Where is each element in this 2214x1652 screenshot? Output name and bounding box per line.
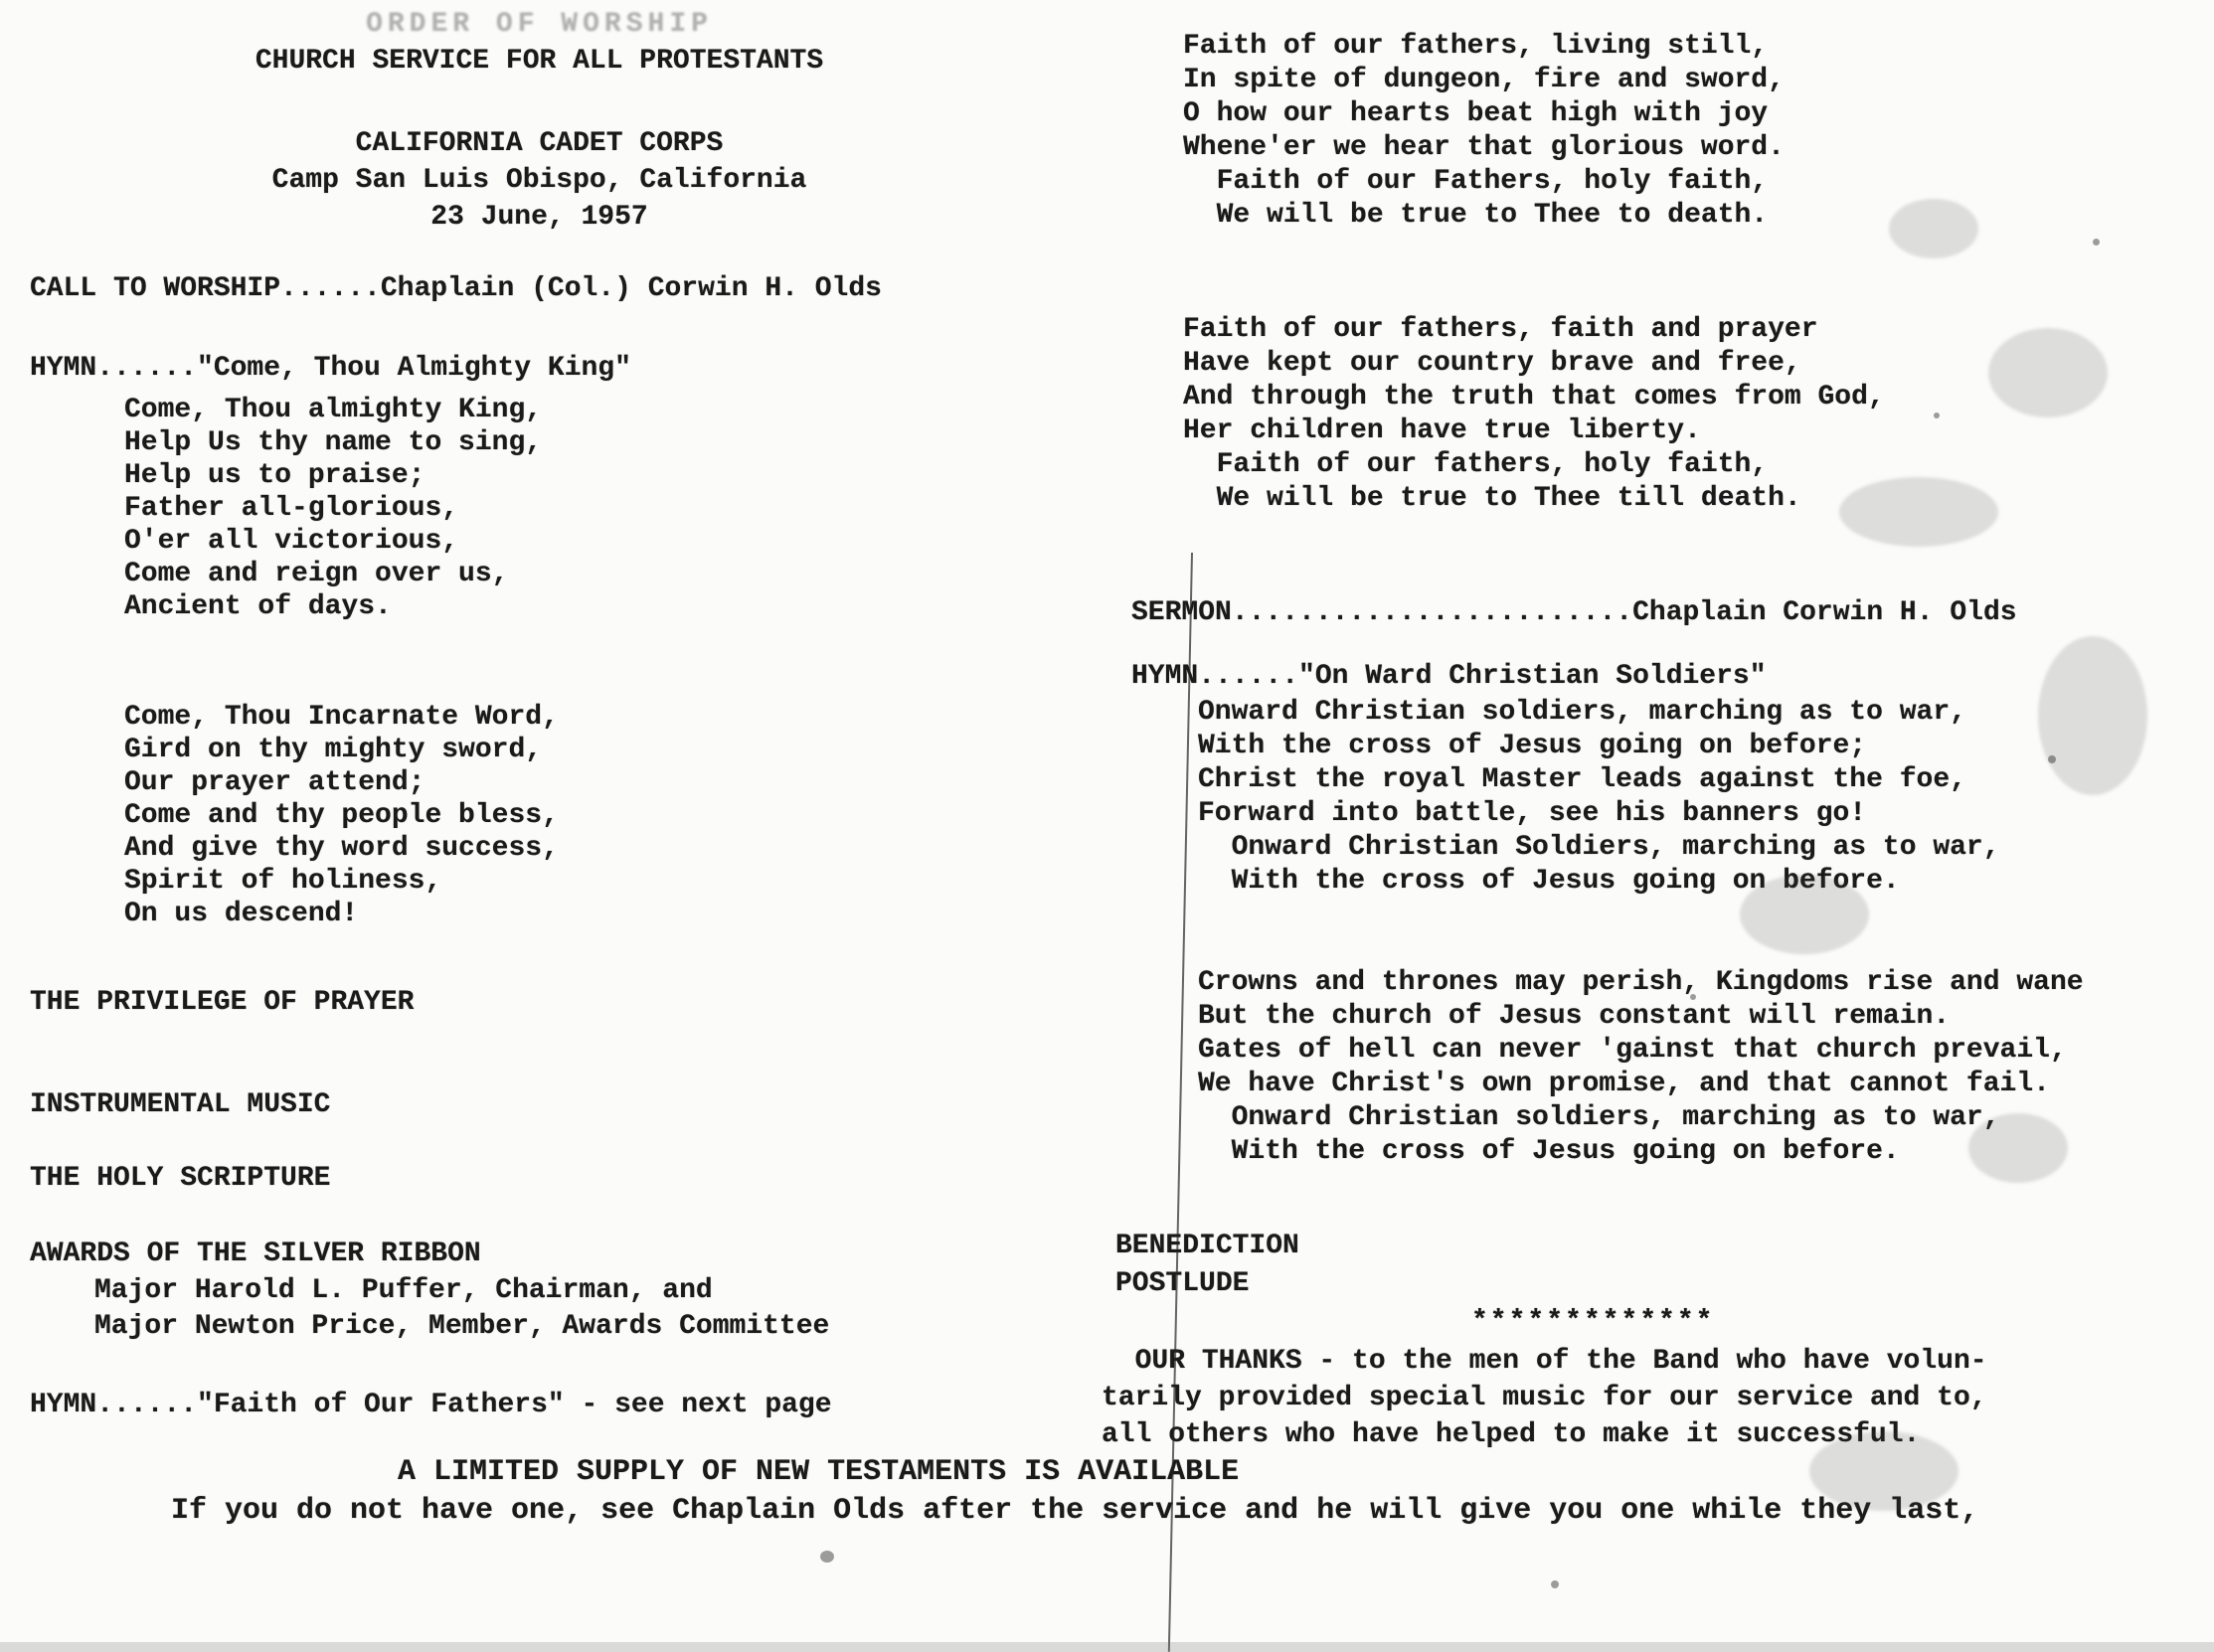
ink-smudge bbox=[1809, 1431, 1959, 1511]
asterisk-divider: ************* bbox=[1471, 1305, 2214, 1339]
awards-heading: AWARDS OF THE SILVER RIBBON bbox=[30, 1236, 1108, 1273]
holy-scripture-heading: THE HOLY SCRIPTURE bbox=[30, 1160, 1108, 1198]
hymn2-title: HYMN......"Faith of Our Fathers" - see n… bbox=[30, 1387, 1108, 1424]
hymn1-verse1: Come, Thou almighty King, Help Us thy na… bbox=[124, 394, 1108, 623]
hymn1-title: HYMN......"Come, Thou Almighty King" bbox=[30, 350, 1108, 388]
ink-smudge bbox=[1839, 477, 1998, 547]
awards-committee-lines: Major Harold L. Puffer, Chairman, and Ma… bbox=[94, 1273, 1108, 1345]
scan-bottom-edge bbox=[0, 1642, 2214, 1652]
hymn1-verse2: Come, Thou Incarnate Word, Gird on thy m… bbox=[124, 701, 1108, 930]
service-title: CHURCH SERVICE FOR ALL PROTESTANTS bbox=[15, 43, 1064, 80]
privilege-of-prayer-heading: THE PRIVILEGE OF PRAYER bbox=[30, 984, 1108, 1022]
ink-speck bbox=[2093, 239, 2100, 246]
organization-name: CALIFORNIA CADET CORPS bbox=[15, 125, 1064, 162]
ink-speck bbox=[1690, 994, 1696, 1000]
org-block: CALIFORNIA CADET CORPS Camp San Luis Obi… bbox=[15, 125, 1064, 236]
ink-smudge bbox=[2038, 636, 2147, 795]
ink-speck bbox=[1551, 1580, 1559, 1588]
date-line: 23 June, 1957 bbox=[15, 199, 1064, 236]
scanned-church-program-page: ORDER OF WORSHIP CHURCH SERVICE FOR ALL … bbox=[0, 0, 2214, 1652]
left-column: CALL TO WORSHIP......Chaplain (Col.) Cor… bbox=[30, 270, 1108, 1424]
program-header: ORDER OF WORSHIP CHURCH SERVICE FOR ALL … bbox=[15, 6, 1064, 236]
postlude-heading: POSTLUDE bbox=[1115, 1265, 2214, 1303]
ink-speck bbox=[2048, 755, 2056, 763]
ink-smudge bbox=[1988, 328, 2108, 417]
ink-speck bbox=[1934, 413, 1940, 418]
call-to-worship-line: CALL TO WORSHIP......Chaplain (Col.) Cor… bbox=[30, 270, 1108, 308]
ink-smudge bbox=[1740, 875, 1869, 954]
ink-speck bbox=[820, 1551, 834, 1563]
ink-smudge bbox=[1889, 199, 1978, 258]
order-of-worship-title: ORDER OF WORSHIP bbox=[15, 6, 1064, 43]
faith-hymn-verse1: Faith of our fathers, living still, In s… bbox=[1183, 30, 2214, 233]
our-thanks-paragraph: OUR THANKS - to the men of the Band who … bbox=[1102, 1343, 2214, 1453]
sermon-line: SERMON........................Chaplain C… bbox=[1131, 594, 2214, 632]
ink-smudge bbox=[1968, 1113, 2068, 1183]
location-line: Camp San Luis Obispo, California bbox=[15, 162, 1064, 199]
instrumental-music-heading: INSTRUMENTAL MUSIC bbox=[30, 1086, 1108, 1124]
benediction-heading: BENEDICTION bbox=[1115, 1228, 2214, 1265]
